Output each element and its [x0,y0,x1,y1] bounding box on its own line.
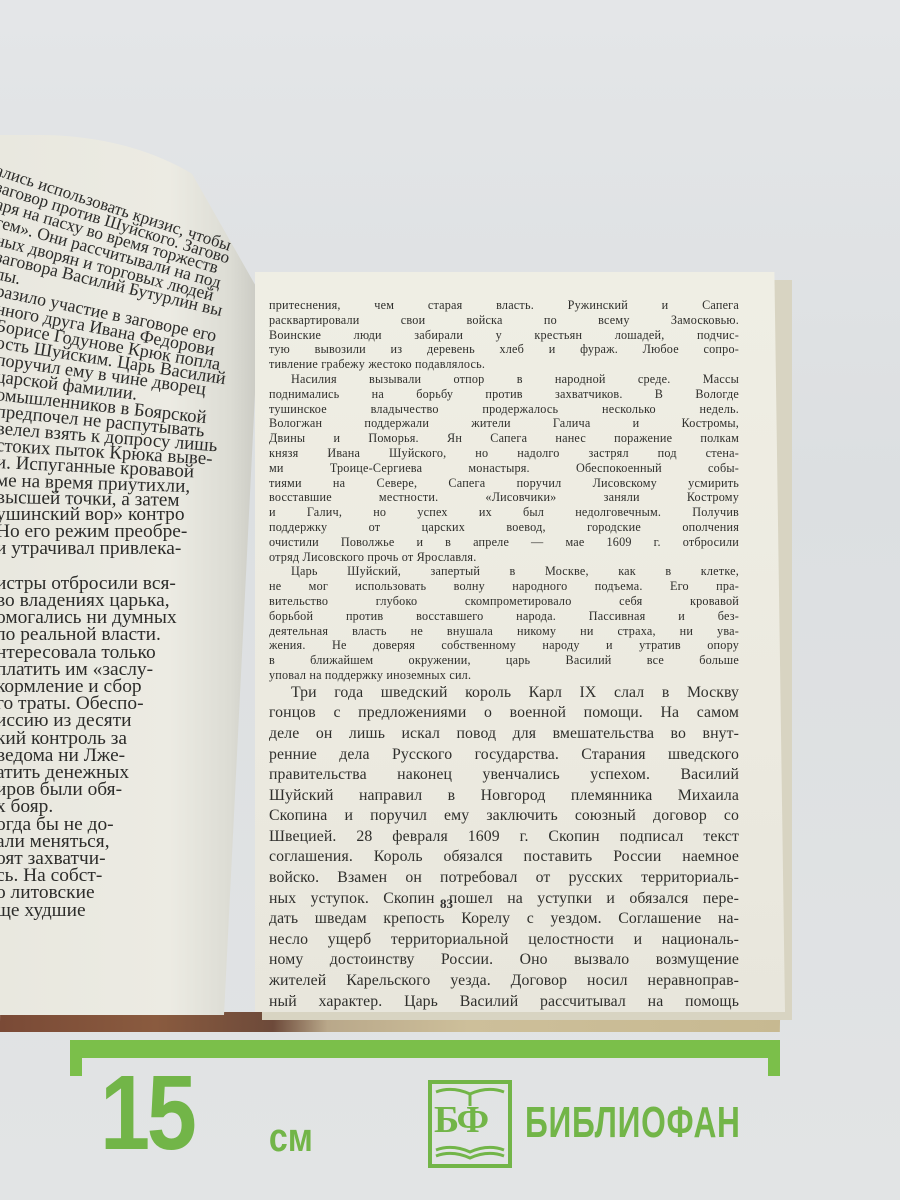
page-number: 83 [440,896,453,912]
right-page-text: притеснения, чем старая власть. Ружински… [269,298,739,1053]
text-line: гонцов с предложениями о военной помощи.… [269,703,739,724]
text-line: ренние дела Русского государства. Старан… [269,745,739,766]
right-page: притеснения, чем старая власть. Ружински… [255,272,785,1012]
text-line: не мог использовать волну народного подъ… [269,579,739,594]
text-line: ных уступок. Скопин пошел на уступки и о… [269,889,739,910]
paragraph-4: Три года шведский король Карл IX слал в … [269,683,739,1054]
text-line: правительства наконец увенчались успехом… [269,765,739,786]
text-line: Царь Шуйский, запертый в Москве, как в к… [269,564,739,579]
text-line: тивление грабежу жестоко подавлялось. [269,357,739,372]
brand-name: БИБЛИОФАН [525,1098,741,1148]
text-line: соглашения. Король обязался поставить Ро… [269,847,739,868]
text-line: тиями на Севере, Сапега поручил Лисовско… [269,476,739,491]
text-line: тушинское владычество продержалось неско… [269,402,739,417]
text-line: вительство глубоко скомпрометировало себ… [269,594,739,609]
text-line: и утрачивал привлека- [0,538,227,560]
text-line: восставшие местности. «Лисовчики» заняли… [269,490,739,505]
size-unit: см [269,1116,313,1161]
text-line: Швецией. 28 февраля 1609 г. Скопин подпи… [269,827,739,848]
text-line: несло ущерб территориальной целостности … [269,930,739,951]
text-line: жения. Не доверяя собственному народу и … [269,638,739,653]
text-line: и Галич, но успех их был недолговечным. … [269,505,739,520]
text-line: расквартировали свои войска по всему Зам… [269,313,739,328]
text-line: Три года шведский король Карл IX слал в … [269,683,739,704]
size-label: 15 см [100,1060,210,1166]
text-line: поднимались на борьбу против захватчиков… [269,387,739,402]
paragraph-2: Насилия вызывали отпор в народной среде.… [269,372,739,564]
size-value: 15 [100,1060,193,1166]
paragraph-top: притеснения, чем старая власть. Ружински… [269,298,739,372]
text-line: Насилия вызывали отпор в народной среде.… [269,372,739,387]
text-line: Шуйский направил в Новгород племянника М… [269,786,739,807]
text-line: притеснения, чем старая власть. Ружински… [269,298,739,313]
logo-monogram: БФ [434,1098,487,1142]
text-line: уповал на поддержку иноземных сил. [269,668,739,683]
text-line: ще худшие [0,900,193,922]
text-line: в ближайшем окружении, царь Василий все … [269,653,739,668]
text-line: борьбой против восставшего народа. Пасси… [269,609,739,624]
text-line: поддержку от царских воевод, городские о… [269,520,739,535]
text-line: ный характер. Царь Василий рассчитывал н… [269,992,739,1013]
text-line: отряд Лисовского прочь от Ярославля. [269,550,739,565]
text-line: войско. Взамен он потребовал от русских … [269,868,739,889]
text-line: князя Ивана Шуйского, но надолго застрял… [269,446,739,461]
text-line: деятельная власть не внушала никому ни с… [269,624,739,639]
text-line: очистили Поволжье и в апреле — мае 1609 … [269,535,739,550]
photo-scene: ались использовать кризис, чтобызаговор … [0,0,900,1200]
text-line: ми Троице-Сергиева монастыря. Обеспокоен… [269,461,739,476]
text-line: Двины и Поморья. Ян Сапега нанес поражен… [269,431,739,446]
text-line: тую вывозили из деревень хлеб и фураж. Л… [269,342,739,357]
text-line: дать шведам крепость Корелу с уездом. Со… [269,909,739,930]
ruler-tick-left [70,1040,82,1076]
text-line: Воинские люди забирали у крестьян лошаде… [269,328,739,343]
bibliofan-logo: БФ [428,1080,518,1175]
paragraph-3: Царь Шуйский, запертый в Москве, как в к… [269,564,739,682]
text-line: деле он лишь искал повод для вмешательст… [269,724,739,745]
text-line: Скопина и поручил ему заключить союзный … [269,806,739,827]
text-line: Вологжан поддержали жители Галича и Кост… [269,416,739,431]
left-page-text: ались использовать кризис, чтобызаговор … [0,0,260,900]
text-line: жителей Карельского уезда. Договор носил… [269,971,739,992]
text-line: ному достоинству России. Оно вызвало воз… [269,950,739,971]
ruler-tick-right [768,1040,780,1076]
